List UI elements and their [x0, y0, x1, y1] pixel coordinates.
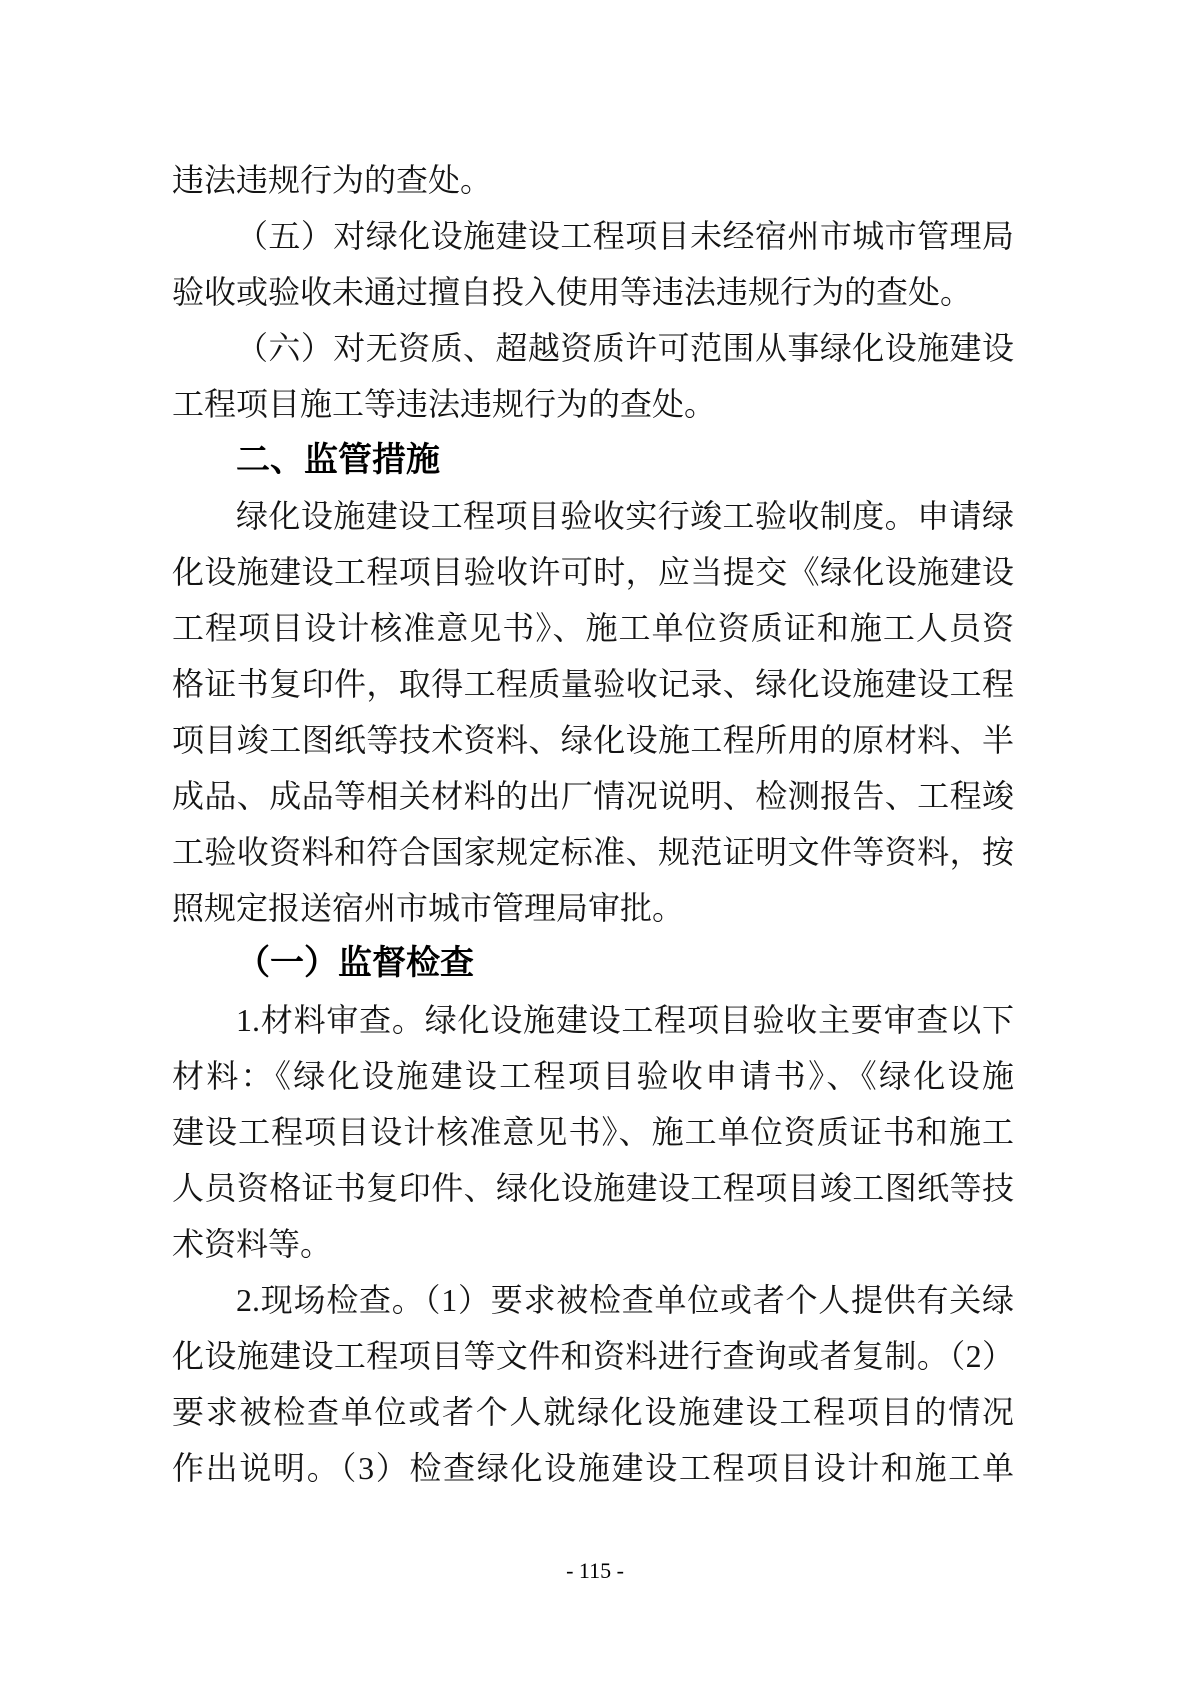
text-line: 绿化设施建设工程项目验收实行竣工验收制度。申请绿	[172, 488, 1014, 544]
text-line: 人员资格证书复印件、绿化设施建设工程项目竣工图纸等技	[172, 1160, 1014, 1216]
document-body: 违法违规行为的查处。 （五）对绿化设施建设工程项目未经宿州市城市管理局 验收或验…	[172, 152, 1014, 1496]
text-line: 2.现场检查。（1）要求被检查单位或者个人提供有关绿	[172, 1272, 1014, 1328]
text-line: 材料：《绿化设施建设工程项目验收申请书》、《绿化设施	[172, 1048, 1014, 1104]
text-line: 工程项目设计核准意见书》、施工单位资质证和施工人员资	[172, 600, 1014, 656]
text-line: 违法违规行为的查处。	[172, 152, 1014, 208]
text-line: 照规定报送宿州市城市管理局审批。	[172, 880, 1014, 936]
text-line: 验收或验收未通过擅自投入使用等违法违规行为的查处。	[172, 264, 1014, 320]
text-line: 作出说明。（3）检查绿化设施建设工程项目设计和施工单	[172, 1440, 1014, 1496]
text-line: 格证书复印件，取得工程质量验收记录、绿化设施建设工程	[172, 656, 1014, 712]
text-line: 成品、成品等相关材料的出厂情况说明、检测报告、工程竣	[172, 768, 1014, 824]
text-line: （五）对绿化设施建设工程项目未经宿州市城市管理局	[172, 208, 1014, 264]
text-line: （六）对无资质、超越资质许可范围从事绿化设施建设	[172, 320, 1014, 376]
text-line: 化设施建设工程项目验收许可时，应当提交《绿化设施建设	[172, 544, 1014, 600]
text-line: 1.材料审查。绿化设施建设工程项目验收主要审查以下	[172, 992, 1014, 1048]
text-line: 化设施建设工程项目等文件和资料进行查询或者复制。（2）	[172, 1328, 1014, 1384]
text-line: 术资料等。	[172, 1216, 1014, 1272]
text-line: 项目竣工图纸等技术资料、绿化设施工程所用的原材料、半	[172, 712, 1014, 768]
document-page: 违法违规行为的查处。 （五）对绿化设施建设工程项目未经宿州市城市管理局 验收或验…	[0, 0, 1190, 1683]
subsection-heading: （一）监督检查	[172, 936, 1014, 992]
text-line: 要求被检查单位或者个人就绿化设施建设工程项目的情况	[172, 1384, 1014, 1440]
text-line: 工程项目施工等违法违规行为的查处。	[172, 376, 1014, 432]
text-line: 工验收资料和符合国家规定标准、规范证明文件等资料，按	[172, 824, 1014, 880]
text-line: 建设工程项目设计核准意见书》、施工单位资质证书和施工	[172, 1104, 1014, 1160]
page-number: - 115 -	[0, 1556, 1190, 1586]
section-heading: 二、监管措施	[172, 432, 1014, 488]
